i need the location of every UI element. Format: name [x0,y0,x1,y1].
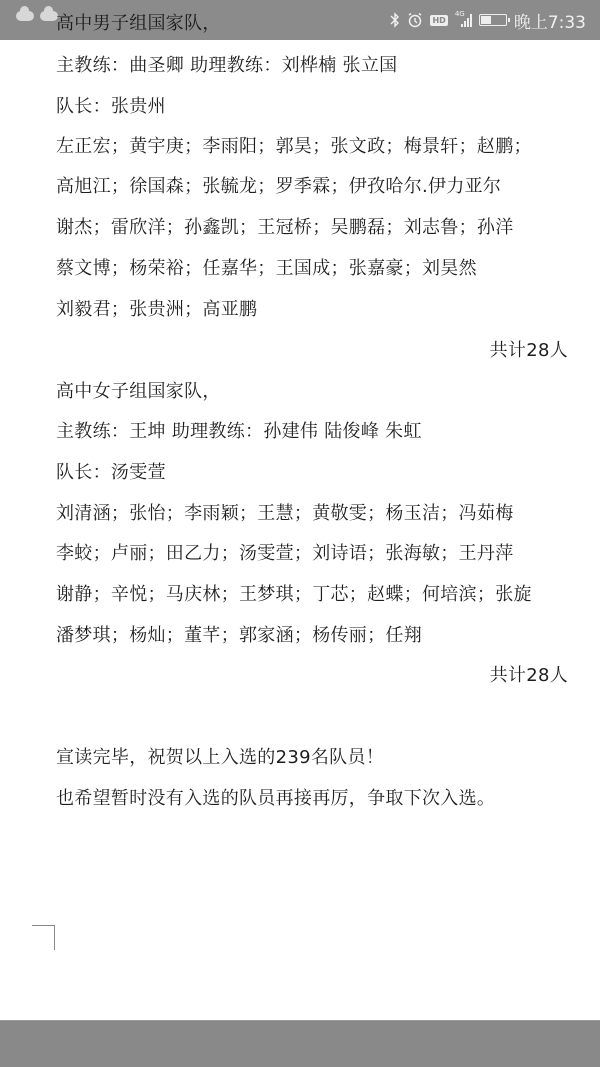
boys-total: 共计28人 [490,339,568,363]
girls-members-line: 潘梦琪；杨灿；董芊；郭家涵；杨传丽；任翔 [56,624,422,648]
4g-signal-icon: 4G [455,13,472,27]
battery-icon [479,14,507,26]
girls-members-line: 李蛟；卢丽；田乙力；汤雯萱；刘诗语；张海敏；王丹萍 [56,542,514,566]
boys-team-title: 高中男子组国家队， [56,9,221,35]
closing-line: 也希望暂时没有入选的队员再接再厉，争取下次入选。 [56,787,495,811]
girls-captain: 队长：汤雯萱 [56,461,166,485]
boys-captain: 队长：张贵州 [56,95,166,119]
girls-total: 共计28人 [490,664,568,688]
girls-members-line: 谢静；辛悦；马庆林；王梦琪；丁芯；赵蝶；何培滨；张旋 [56,583,532,607]
bottom-toolbar [0,1020,600,1067]
notification-icons [16,11,58,21]
closing-line: 宣读完毕，祝贺以上入选的239名队员！ [56,746,384,770]
boys-members-line: 左正宏；黄宇庚；李雨阳；郭昊；张文政；梅景轩；赵鹏； [56,135,532,159]
network-type-label: 4G [455,10,465,18]
clock-time: 晚上7:33 [514,8,586,33]
boys-members-line: 蔡文博；杨荣裕；任嘉华；王国成；张嘉豪；刘昊然 [56,257,477,281]
status-bar: 高中男子组国家队， HD 4G 晚上7:33 [0,0,600,40]
bluetooth-icon [390,12,400,28]
boys-members-line: 高旭江；徐国森；张毓龙；罗季霖；伊孜哈尔.伊力亚尔 [56,175,501,199]
girls-members-line: 刘清涵；张怡；李雨颖；王慧；黄敬雯；杨玉洁；冯茹梅 [56,502,514,526]
hd-icon: HD [430,15,447,26]
boys-members-line: 刘毅君；张贵洲；高亚鹏 [56,298,257,322]
alarm-icon [407,12,423,28]
boys-members-line: 谢杰；雷欣洋；孙鑫凯；王冠桥；吴鹏磊；刘志鲁；孙洋 [56,216,514,240]
system-icons: HD 4G 晚上7:33 [390,0,586,40]
girls-coaches: 主教练：王坤 助理教练：孙建伟 陆俊峰 朱虹 [56,420,422,444]
girls-team-title: 高中女子组国家队， [56,380,221,404]
boys-coaches: 主教练：曲圣卿 助理教练：刘桦楠 张立国 [56,54,397,78]
page-corner-mark [32,925,55,950]
weather-cloud-icon [16,11,34,21]
